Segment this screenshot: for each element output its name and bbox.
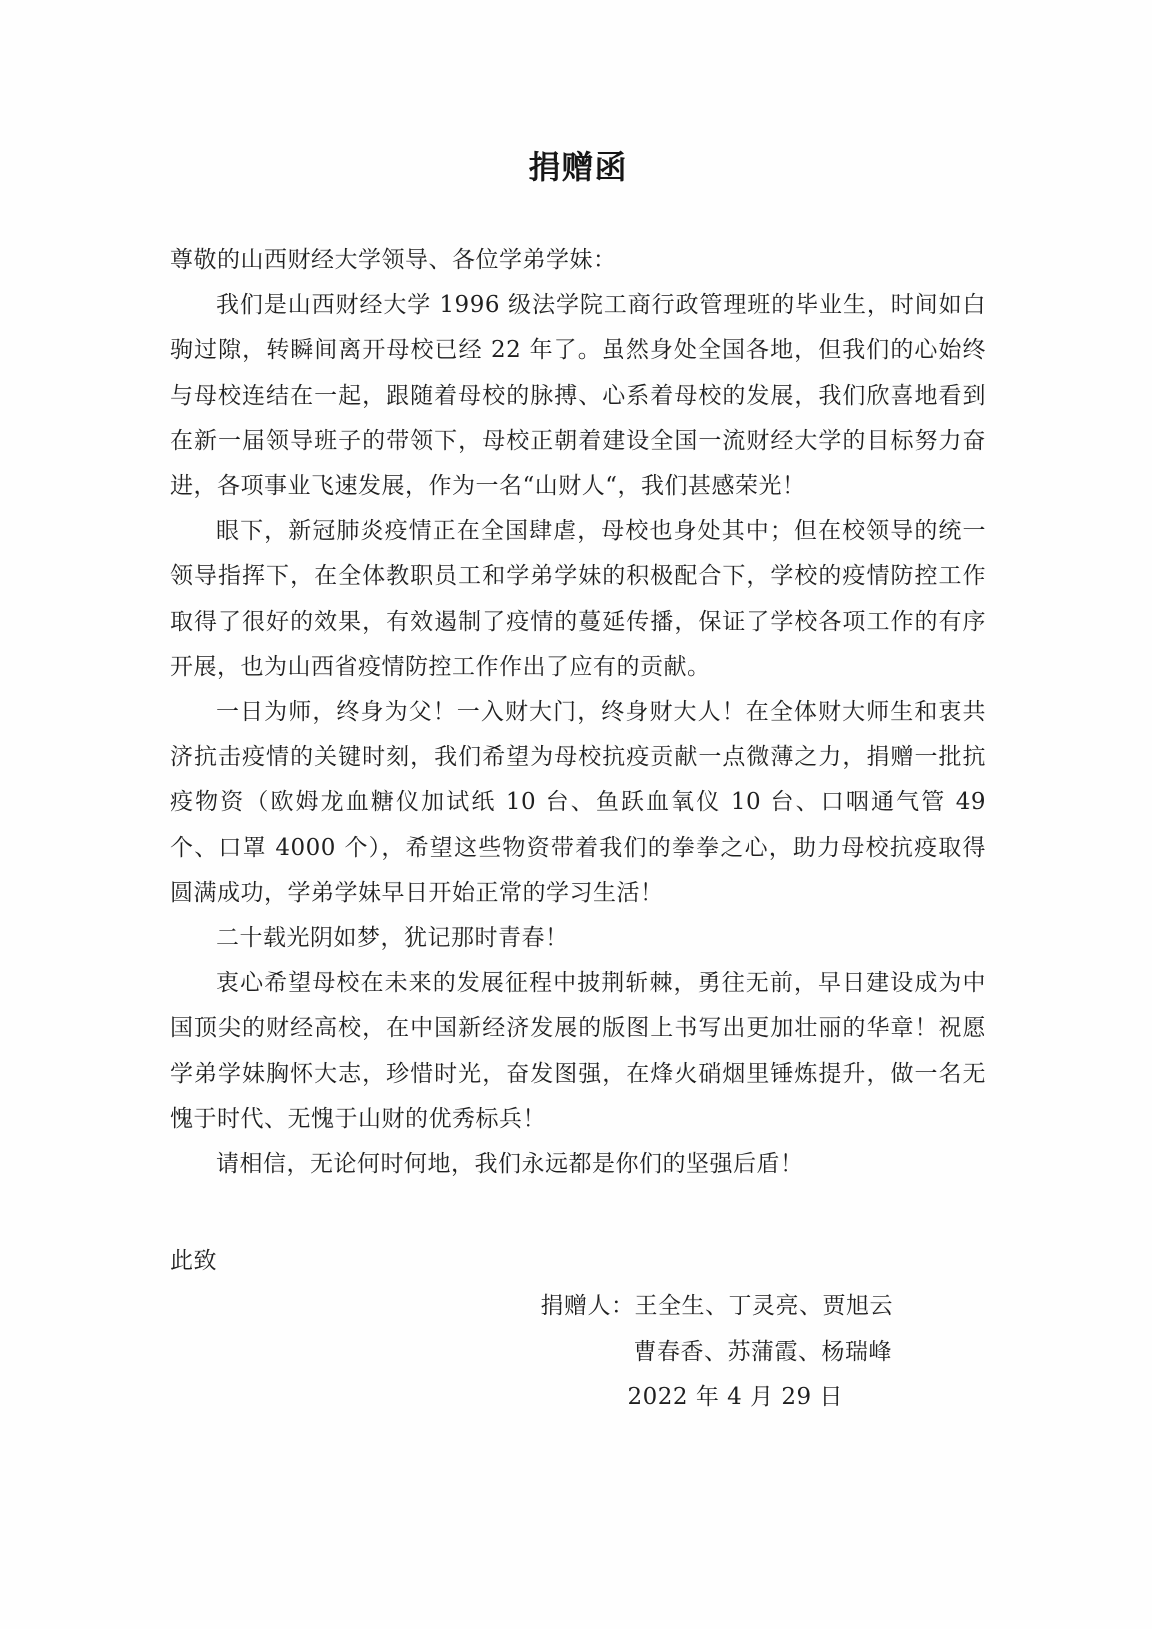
paragraph-memories: 二十载光阴如梦，犹记那时青春！ — [170, 916, 986, 961]
donors-line-2: 曹春香、苏蒲霞、杨瑞峰 — [170, 1330, 986, 1375]
paragraph-donation-items: 一日为师，终身为父！一入财大门，终身财大人！在全体财大师生和衷共济抗击疫情的关键… — [170, 690, 986, 916]
paragraph-support-pledge: 请相信，无论何时何地，我们永远都是你们的坚强后盾！ — [170, 1142, 986, 1187]
signature-date: 2022 年 4 月 29 日 — [170, 1375, 986, 1420]
document-title: 捐赠函 — [170, 142, 986, 188]
letter-body: 尊敬的山西财经大学领导、各位学弟学妹： 我们是山西财经大学 1996 级法学院工… — [170, 238, 986, 1284]
signature-block: 捐赠人：王全生、丁灵亮、贾旭云 曹春香、苏蒲霞、杨瑞峰 2022 年 4 月 2… — [170, 1284, 986, 1420]
paragraph-intro: 我们是山西财经大学 1996 级法学院工商行政管理班的毕业生，时间如白驹过隙，转… — [170, 283, 986, 509]
closing-phrase: 此致 — [170, 1239, 986, 1284]
paragraph-pandemic-situation: 眼下，新冠肺炎疫情正在全国肆虐，母校也身处其中；但在校领导的统一领导指挥下，在全… — [170, 509, 986, 690]
salutation-line: 尊敬的山西财经大学领导、各位学弟学妹： — [170, 238, 986, 283]
donors-line-1: 捐赠人：王全生、丁灵亮、贾旭云 — [170, 1284, 986, 1329]
paragraph-wishes: 衷心希望母校在未来的发展征程中披荆斩棘，勇往无前，早日建设成为中国顶尖的财经高校… — [170, 961, 986, 1142]
document-page: 捐赠函 尊敬的山西财经大学领导、各位学弟学妹： 我们是山西财经大学 1996 级… — [0, 0, 1152, 1629]
